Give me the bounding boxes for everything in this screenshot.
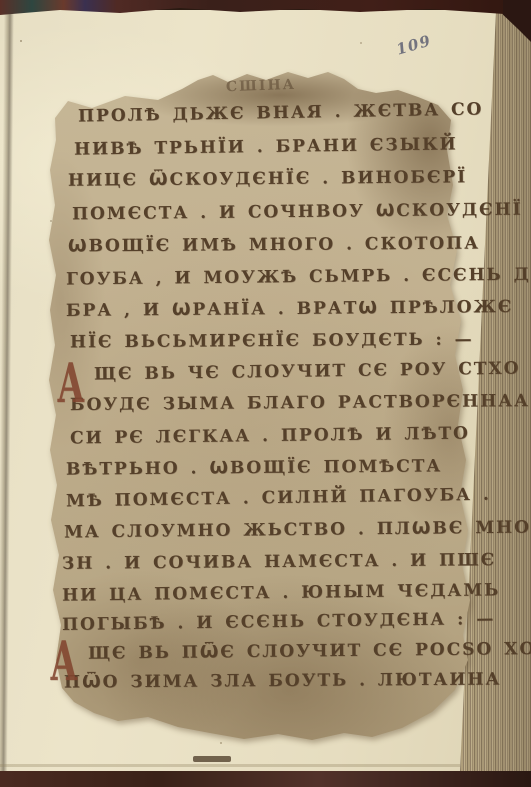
manuscript-text-line: ѡвощїє имѣ много . скотопа (68, 234, 480, 257)
book-bottom-edge (0, 771, 531, 787)
ink-smudge (193, 756, 231, 762)
manuscript-photo: 109 сшіна пролѣ дьжє вная . жєтва со нив… (0, 0, 531, 787)
bottom-page-edge-line (0, 764, 460, 767)
manuscript-text-line: ницє ѿскоудєнїє . винобєрї (68, 167, 467, 190)
manuscript-faint-top-line: сшіна (226, 77, 297, 95)
manuscript-text-line: пѿо зима зла боуть . лютаина (64, 669, 501, 692)
manuscript-text-line: бра , и ѡранїа . вратѡ прѣложє (66, 297, 513, 321)
manuscript-text-line: нїє вьсьмирєнїє боудєть : — (70, 330, 474, 353)
ornamental-initial-letter: А (50, 630, 78, 693)
manuscript-text-line: боудє зыма благо растворєннаа , (70, 391, 531, 415)
ornamental-initial-letter: А (57, 352, 85, 415)
manuscript-text-line: вѣтрьно . ѡвощїє помѣста (66, 456, 442, 479)
manuscript-text-line: зн . и сочива намєста . и пшє (62, 550, 496, 574)
